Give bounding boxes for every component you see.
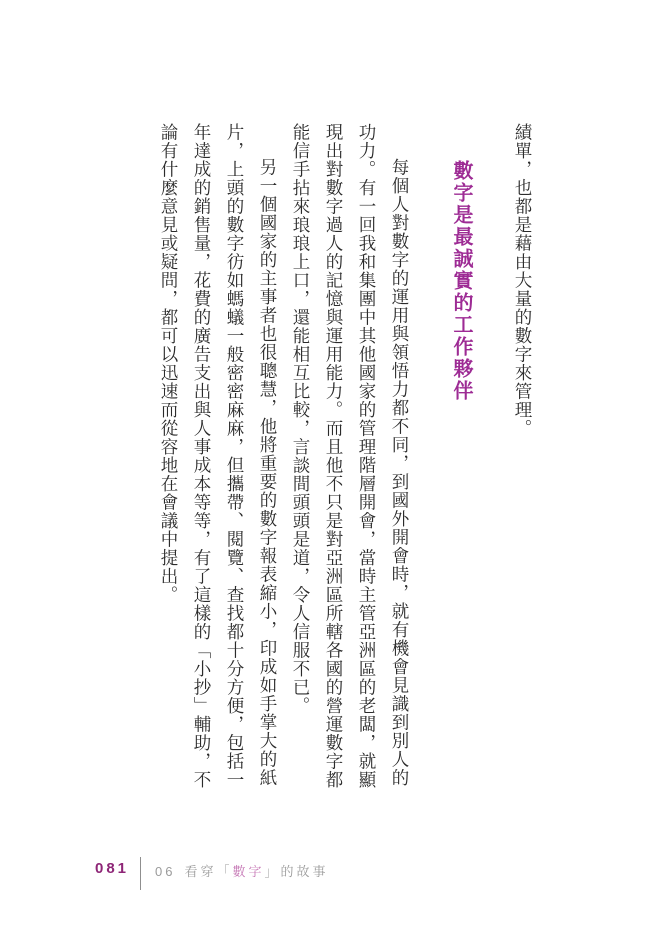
chapter-number: 06: [155, 864, 175, 879]
continuation-paragraph: 績單，也都是藉由大量的數字來管理。: [506, 123, 539, 791]
chapter-title-highlight: 數字: [233, 864, 265, 879]
page-number: 081: [95, 860, 129, 877]
page-footer: 081 06看穿「數字」的故事: [95, 857, 329, 890]
book-page: 績單，也都是藉由大量的數字來管理。 數字是最誠實的工作夥伴 每個人對數字的運用與…: [0, 0, 663, 932]
chapter-title-suffix: 」的故事: [265, 864, 329, 879]
body-paragraph-2: 另一個國家的主事者也很聰慧，他將重要的數字報表縮小，印成如手掌大的紙片，上頭的數…: [152, 123, 284, 791]
chapter-title-prefix: 看穿「: [185, 864, 233, 879]
chapter-title: 06看穿「數字」的故事: [155, 861, 329, 880]
page-body-text: 績單，也都是藉由大量的數字來管理。 數字是最誠實的工作夥伴 每個人對數字的運用與…: [152, 123, 539, 791]
footer-divider: [140, 857, 141, 890]
section-heading: 數字是最誠實的工作夥伴: [443, 123, 479, 791]
body-paragraph-1: 每個人對數字的運用與領悟力都不同，到國外開會時，就有機會見識到別人的功力。有一回…: [284, 123, 416, 791]
